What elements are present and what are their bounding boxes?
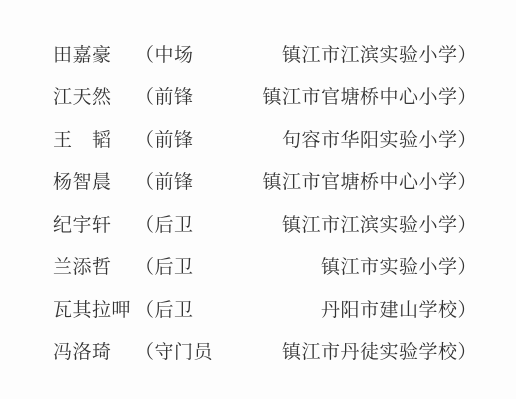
roster-row: 江天然 （前锋 镇江市官塘桥中心小学） — [53, 75, 477, 118]
player-school: 镇江市官塘桥中心小学） — [262, 82, 477, 109]
player-position: （前锋 — [135, 125, 194, 152]
player-name: 王 韬 — [53, 125, 135, 152]
roster-row: 杨智晨 （前锋 镇江市官塘桥中心小学） — [53, 160, 477, 203]
player-position: （中场 — [135, 40, 194, 67]
player-school: 镇江市江滨实验小学） — [282, 210, 477, 237]
player-school: 镇江市丹徒实验学校） — [282, 337, 477, 364]
player-name: 瓦其拉呷 — [53, 295, 135, 322]
player-school: 句容市华阳实验小学） — [282, 125, 477, 152]
player-position: （守门员 — [135, 337, 213, 364]
player-position: （后卫 — [135, 210, 194, 237]
player-position: （后卫 — [135, 252, 194, 279]
roster-row: 瓦其拉呷 （后卫 丹阳市建山学校） — [53, 287, 477, 330]
roster-row: 纪宇轩 （后卫 镇江市江滨实验小学） — [53, 202, 477, 245]
roster-row: 田嘉豪 （中场 镇江市江滨实验小学） — [53, 32, 477, 75]
player-name: 兰添哲 — [53, 252, 135, 279]
roster-rows: 田嘉豪 （中场 镇江市江滨实验小学） 江天然 （前锋 镇江市官塘桥中心小学） 王… — [53, 32, 477, 372]
player-name: 田嘉豪 — [53, 40, 135, 67]
player-name: 江天然 — [53, 82, 135, 109]
roster-row: 王 韬 （前锋 句容市华阳实验小学） — [53, 117, 477, 160]
player-position: （前锋 — [135, 167, 194, 194]
player-school: 镇江市实验小学） — [321, 252, 477, 279]
roster-row: 兰添哲 （后卫 镇江市实验小学） — [53, 245, 477, 288]
player-name: 杨智晨 — [53, 167, 135, 194]
player-name: 纪宇轩 — [53, 210, 135, 237]
player-school: 丹阳市建山学校） — [321, 295, 477, 322]
player-name: 冯洛琦 — [53, 337, 135, 364]
roster-row: 冯洛琦 （守门员 镇江市丹徒实验学校） — [53, 330, 477, 373]
player-position: （前锋 — [135, 82, 194, 109]
player-position: （后卫 — [135, 295, 194, 322]
player-school: 镇江市官塘桥中心小学） — [262, 167, 477, 194]
player-roster: 田嘉豪 （中场 镇江市江滨实验小学） 江天然 （前锋 镇江市官塘桥中心小学） 王… — [0, 0, 516, 399]
player-school: 镇江市江滨实验小学） — [282, 40, 477, 67]
